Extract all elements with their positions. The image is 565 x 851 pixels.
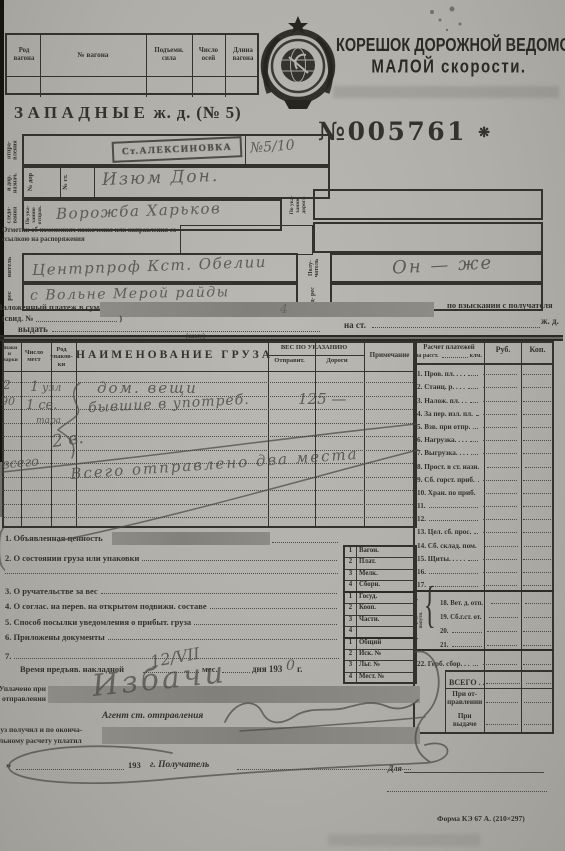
payment-label: 3. Налож. пл. . . — [414, 397, 467, 405]
receipt-quote: „ — [6, 758, 11, 769]
cargo-col-weight-sender: Отправит. — [267, 357, 312, 364]
label-no-dor: № дор — [25, 169, 37, 195]
category-row: 4Мест. № — [345, 673, 415, 684]
by-road-box2 — [313, 222, 543, 253]
payment-row: 21. — [437, 635, 553, 649]
cod-label: Наложенный платеж в сумме — [0, 303, 109, 313]
category-num: 2 — [345, 650, 357, 660]
payment-row: 20. — [437, 621, 553, 635]
receipt-year: 193 — [128, 761, 141, 771]
label-dest-road-vertical: и дор. назнач. — [6, 167, 20, 200]
category-label: Госуд. — [357, 593, 377, 603]
cargo-col-marks: Знаки и марки — [2, 345, 17, 363]
cargo-col-name: НАИМЕНОВАНИЕ ГРУЗА — [76, 349, 264, 362]
category-num: 4 — [345, 627, 357, 636]
payment-row: 19. Сб.г.ст. от. — [437, 607, 553, 621]
paid-at-departure-label: Уплачено при отправлении — [0, 684, 46, 704]
payment-label: 9. Сб. горст. приб. — [414, 476, 475, 484]
category-num: 3 — [345, 616, 357, 626]
hw-margin-2: 90 — [1, 395, 15, 408]
cargo-col-pack: Род упаков- ки — [50, 346, 73, 368]
payments-group-items: 18. Вет. д. отп. 19. Сб.г.ст. от. 20. 21… — [437, 593, 553, 649]
category-label: Мелк. — [357, 570, 378, 580]
ink-speckle — [446, 29, 448, 31]
payment-label: 2. Станц. р. . . . — [414, 383, 465, 391]
payment-label: 6. Нагрузка. . . . — [414, 436, 467, 444]
received-amount-bar — [102, 727, 420, 744]
bleed-smudge-bottom — [328, 834, 480, 846]
by-road-box1 — [313, 189, 543, 220]
hw-row1-pack: узл — [42, 381, 61, 394]
payment-label: 18. Вет. д. отп. — [437, 600, 483, 607]
station-stamp-text: Ст.АЛЕКСИНОВКА — [122, 142, 232, 157]
payments-rub-header: Руб. — [486, 346, 520, 355]
payment-row: 9. Сб. горст. приб. — [414, 471, 553, 484]
railway-name-rest: ж. д. (№ 5) — [154, 103, 242, 122]
payment-label: 14. Сб. склад. пом. — [414, 542, 477, 550]
receipt-dots2 — [237, 762, 411, 770]
hw-year-digit: 0 — [286, 658, 295, 674]
category-num: 1 — [345, 639, 357, 649]
declared-value-bar — [112, 532, 270, 545]
payment-row: 6. Нагрузка. . . . — [414, 431, 553, 444]
received-line2: тельному расчету уплатил — [0, 736, 102, 747]
issue-na-st: на ст. — [344, 320, 366, 330]
agent-signature — [225, 700, 418, 722]
masthead-title-line2: МАЛОЙ скорости. — [336, 58, 562, 78]
payment-row: 8. Прост. в ст. назн. — [414, 457, 553, 470]
railway-name-word: ЗАПАДНЫЕ — [14, 103, 149, 122]
hw-margin-1: 2 — [3, 378, 11, 392]
payment-row: 14. Сб. склад. пом. — [414, 536, 553, 549]
paid-line1: Уплачено при — [0, 684, 46, 694]
hw-waybill-number: №5/10 — [249, 137, 295, 156]
label-departure-vertical: отпра- вления — [6, 134, 20, 167]
document-number: №005761 ❋ — [318, 118, 490, 146]
received-line1: Груз получил и по оконча- — [0, 725, 102, 736]
hw-station: Изюм Дон. — [102, 166, 220, 190]
bottom-dots — [387, 788, 547, 792]
category-row: 4Сборн. — [345, 581, 415, 592]
cargo-row-line — [2, 382, 415, 383]
wagon-col-number: № вагона — [41, 51, 145, 59]
payment-label: 8. Прост. в ст. назн. — [414, 463, 479, 471]
bleed-smudge-top — [333, 86, 559, 98]
category-label: Плат. — [357, 558, 376, 568]
payment-row: 15. Щиты. . . . . — [414, 550, 553, 563]
hw-row1-weight: 125 — — [298, 390, 346, 408]
time-g: г. — [297, 664, 302, 674]
category-label: Льг. № — [357, 661, 380, 671]
payment-row: 12. — [414, 510, 553, 523]
cargo-col-count: Число мест — [20, 349, 48, 364]
payment-row: 2. Станц. р. . . . — [414, 378, 553, 391]
category-row: 2Иск. № — [345, 650, 415, 661]
condition-label: 2. О состоянии груза или упаковки — [5, 553, 139, 563]
payment-row: 18. Вет. д. отп. — [437, 593, 553, 607]
category-label: Иск. № — [357, 650, 381, 660]
ink-speckle — [450, 7, 455, 12]
category-row: 2Кооп. — [345, 604, 415, 615]
dlya-line — [404, 772, 544, 773]
payment-row: 10. Хран. по приб. — [414, 484, 553, 497]
cargo-row-line — [2, 517, 415, 518]
condition-label: 7. — [5, 651, 11, 661]
hw-row2-count: 1 св. — [26, 398, 57, 413]
payments-subtitle-b: клм. — [470, 353, 482, 360]
at-departure-label: При от- правлении — [446, 690, 483, 706]
payments-kop-header: Коп. — [522, 346, 553, 355]
category-num: 4 — [345, 673, 357, 684]
payment-row: 13. Цел. сб. прос. — [414, 523, 553, 536]
remarks-note: Отметки об изменениях назначения или нап… — [2, 227, 178, 245]
cargo-row-line — [2, 423, 415, 424]
category-label: Мест. № — [357, 673, 385, 684]
cargo-row-line — [2, 504, 415, 505]
wagon-table: Род вагона № вагона Подъемн. сила Число … — [5, 33, 259, 95]
total-row: ВСЕГО . . — [446, 672, 553, 687]
ink-speckle — [430, 10, 434, 14]
receipt-dots1 — [16, 762, 124, 770]
payments-group-brace: { — [424, 579, 436, 636]
at-issue-row: При выдаче — [446, 712, 553, 728]
payments-title: Расчет платежей — [416, 344, 482, 352]
category-label: Кооп. — [357, 604, 376, 614]
payment-label: 12. — [414, 515, 426, 523]
cargo-col-note: Примечание — [363, 352, 416, 360]
payment-row: 11. — [414, 497, 553, 510]
scanned-waybill-page: Род вагона № вагона Подъемн. сила Число … — [0, 0, 565, 851]
masthead-title-line1: КОРЕШОК ДОРОЖНОЙ ВЕДОМОСТИ — [336, 36, 562, 57]
condition-2: 2. О состоянии груза или упаковки — [5, 553, 339, 563]
category-num: 2 — [345, 604, 357, 614]
at-issue-label: При выдаче — [446, 712, 483, 728]
issue-line-dots1 — [52, 322, 320, 332]
dlya-label: Для — [388, 765, 402, 774]
label-route-vertical: следо- вания — [6, 200, 20, 231]
condition-6: 6. Приложены документы — [5, 632, 339, 642]
dep-rule — [445, 688, 554, 689]
payment-label: 4. За пер. изл. пл. — [414, 410, 473, 418]
issue-line-dots2 — [372, 318, 540, 328]
condition-label: 4. О соглас. на перев. на открытом подви… — [5, 601, 207, 611]
cod-certificate-open: (свид. № — [2, 315, 33, 324]
cargo-row-line — [2, 490, 415, 491]
category-num: 3 — [345, 570, 357, 580]
wagon-col-length: Длина вагона — [226, 47, 260, 62]
total-label: ВСЕГО . . — [446, 678, 483, 687]
payment-label: 19. Сб.г.ст. от. — [437, 614, 481, 621]
cargo-col-weight: ВЕС ПО УКАЗАНИЮ — [267, 344, 361, 351]
hw-row2-sub: тара — [36, 416, 61, 426]
category-num: 4 — [345, 581, 357, 590]
condition-lead — [272, 535, 338, 543]
category-row: 1Общий — [345, 639, 415, 650]
hw-margin-3: всего — [1, 454, 39, 472]
paid-line2: отправлении — [0, 694, 46, 704]
payment-label: 7. Выгрузка. . . . — [414, 449, 468, 457]
time-dnya: дня 193 — [252, 664, 282, 674]
cargo-col-weight-road: Дороги — [314, 357, 360, 364]
category-label: Части. — [357, 616, 379, 626]
wagon-col-axles: Число осей — [193, 47, 224, 62]
payment-label: 15. Щиты. . . . . — [414, 555, 465, 563]
condition-3: 3. О ручательстве за вес — [5, 586, 339, 596]
condition-label: 5. Способ посылки уведомления о прибыт. … — [5, 617, 191, 627]
payment-label: 5. Взв. при отпр. — [414, 423, 470, 431]
document-number-value: №005761 — [318, 117, 467, 146]
form-number: Форма КЭ 67 А. (210×297) — [437, 815, 525, 823]
category-row: 2Плат. — [345, 558, 415, 569]
payments-subtitle: за расст.клм. — [416, 353, 482, 360]
railway-name: ЗАПАДНЫЕ ж. д. (№ 5) — [14, 103, 241, 122]
payments-item22: 22. Герб. сбор. . . — [414, 654, 553, 668]
payment-row: 16. — [414, 563, 553, 576]
payment-label: 21. — [437, 642, 449, 649]
ink-speckle — [459, 23, 462, 26]
label-no-st: № ст. — [60, 169, 72, 195]
condition-label: 1. Объявленная ценность — [5, 533, 103, 543]
condition-extra-line — [5, 566, 338, 574]
remarks-box — [180, 225, 313, 255]
category-num: 2 — [345, 558, 357, 568]
rosette-mark-icon: ❋ — [478, 125, 490, 141]
payments-subtitle-a: за расст. — [416, 353, 439, 360]
category-label — [357, 627, 359, 636]
payment-label: 20. — [437, 628, 449, 635]
category-num: 1 — [345, 547, 357, 557]
category-num: 1 — [345, 593, 357, 603]
label-by-road: По ука- занию дороги — [286, 190, 312, 220]
payment-label: 1. Пров. пл. . . . — [414, 370, 465, 378]
payment-row: 4. За пер. изл. пл. — [414, 405, 553, 418]
category-label: Общий — [357, 639, 381, 649]
category-row: 1Госуд. — [345, 593, 415, 604]
condition-label: 3. О ручательстве за вес — [5, 586, 98, 596]
payment-label: 11. — [414, 502, 426, 510]
condition-label: 6. Приложены документы — [5, 632, 105, 642]
issue-vydat: выдать — [18, 324, 48, 334]
wagon-col-capacity: Подъемн. сила — [147, 47, 191, 62]
cargo-row-line — [2, 477, 415, 478]
cod-right-label: по взыскании с получателя — [447, 301, 553, 311]
payment-label: 13. Цел. сб. прос. — [414, 528, 471, 536]
payment-row: 7. Выгрузка. . . . — [414, 444, 553, 457]
payment-row: 1. Пров. пл. . . . — [414, 365, 553, 378]
label-by-sender: По ука- занию отправ. — [24, 201, 46, 229]
category-row: 3Части. — [345, 616, 415, 627]
hw-cod-sum: 4 — [280, 302, 288, 316]
label-receiver: Полу- чатель — [301, 254, 327, 282]
category-label: Сборн. — [357, 581, 380, 590]
ussr-emblem-icon — [256, 14, 340, 110]
hw-row1-count: 1 — [30, 379, 39, 395]
category-num: 3 — [345, 661, 357, 671]
label-sender-vertical: витель — [4, 253, 16, 281]
at-departure-row: При от- правлении — [446, 690, 553, 706]
category-table: 1Вагон. 2Плат. 3Мелк. 4Сборн. 1Госуд. 2К… — [343, 545, 417, 684]
payment-row: 3. Налож. пл. . . — [414, 391, 553, 404]
condition-4: 4. О соглас. на перев. на открытом подви… — [5, 601, 339, 611]
payment-row: 5. Взв. при отпр. — [414, 418, 553, 431]
payment-label: 22. Герб. сбор. . . — [414, 660, 470, 668]
category-row: 4 — [345, 627, 415, 638]
wagon-col-type: Род вагона — [8, 47, 40, 62]
category-row: 1Вагон. — [345, 547, 415, 558]
agent-label: Агент ст. отправления — [102, 711, 203, 722]
receipt-receiver: г. Получатель — [150, 760, 209, 771]
cod-amount-bar — [100, 302, 434, 317]
payments-items: 1. Пров. пл. . . . 2. Станц. р. . . . 3.… — [414, 365, 553, 589]
issue-zhd: ж. д. — [541, 316, 559, 326]
category-row: 3Льг. № — [345, 661, 415, 672]
category-row: 3Мелк. — [345, 570, 415, 581]
payment-label: 10. Хран. по приб. — [414, 489, 476, 497]
received-label: Груз получил и по оконча- тельному расче… — [0, 725, 102, 746]
condition-5: 5. Способ посылки уведомления о прибыт. … — [5, 617, 339, 627]
category-label: Вагон. — [357, 547, 379, 557]
ink-speckle — [439, 19, 442, 22]
